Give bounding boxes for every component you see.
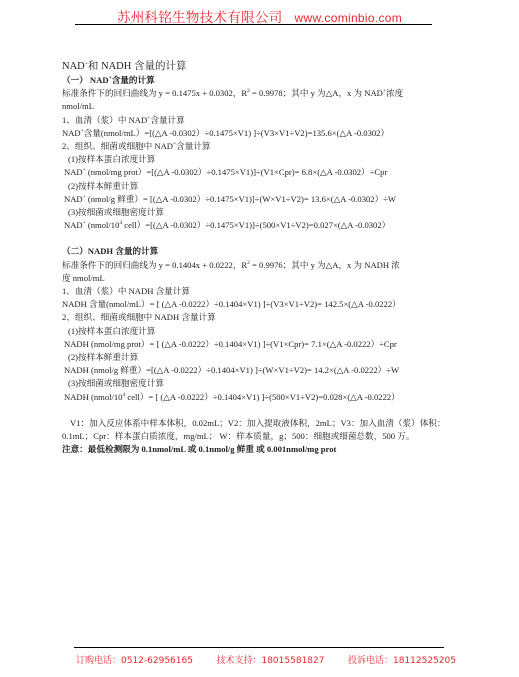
- section1-serum-heading: 1、血清（浆）中 NAD+含量计算: [62, 114, 462, 127]
- section2-by-protein-formula: NADH (nmol/mg prot）= [ (△A -0.0222）÷0.14…: [62, 338, 462, 351]
- variables-paragraph: V1：加入反应体系中样本体积，0.02mL；V2：加入提取液体积，2mL；V3：…: [62, 417, 462, 443]
- footer-divider: [74, 647, 444, 648]
- section1-curve-line1: 标准条件下的回归曲线为 y = 0.1475x + 0.0302，R2 = 0.…: [62, 87, 462, 100]
- section2-curve-line2: 度 nmol/mL: [62, 272, 462, 285]
- section1-by-cell-formula: NAD+ (nmol/104 cell）=[(△A -0.0302）÷0.147…: [62, 219, 462, 232]
- section2-heading: （二）NADH 含量的计算: [62, 245, 462, 258]
- page-footer: 订购电话：0512-62956165 技术支持：18015581827 投诉电话…: [76, 653, 456, 666]
- document-title: NAD+和 NADH 含量的计算: [62, 60, 462, 74]
- document-body: NAD+和 NADH 含量的计算 （一） NAD+含量的计算 标准条件下的回归曲…: [62, 60, 462, 456]
- section2-serum-heading: 1、血清（浆）中 NADH 含量计算: [62, 285, 462, 298]
- section2-by-cell-label: (3)按细菌或细胞密度计算: [62, 377, 462, 390]
- detection-limit-note: 注意：最低检测限为 0.1nmol/mL 或 0.1nmol/g 鲜重 或 0.…: [62, 443, 462, 456]
- tech-support-phone: 技术支持：18015581827: [216, 653, 324, 666]
- complaint-phone: 投诉电话：18112525205: [348, 653, 456, 666]
- spacer: [62, 404, 462, 417]
- section2-by-cell-formula: NADH (nmol/104 cell）= [ (△A -0.0222）÷0.1…: [62, 391, 462, 404]
- section1-heading: （一） NAD+含量的计算: [62, 74, 462, 87]
- section1-by-weight-formula: NAD+ (nmol/g 鲜重）= [(△A -0.0302）÷0.1475×V…: [62, 193, 462, 206]
- section2-by-protein-label: (1)按样本蛋白浓度计算: [62, 325, 462, 338]
- header-divider: [75, 24, 432, 25]
- section2-tissue-heading: 2、组织、细菌或细胞中 NADH 含量计算: [62, 311, 462, 324]
- section2-serum-formula: NADH 含量(nmol/mL）= [ (△A -0.0222）÷0.1404×…: [62, 298, 462, 311]
- section2-by-weight-label: (2)按样本鲜重计算: [62, 351, 462, 364]
- order-phone: 订购电话：0512-62956165: [76, 653, 193, 666]
- section1-curve-line2: nmol/mL: [62, 100, 462, 113]
- section1-tissue-heading: 2、组织、细菌或细胞中 NAD+含量计算: [62, 140, 462, 153]
- section2-by-weight-formula: NADH (nmol/g 鲜重）=[(△A -0.0222）÷0.1404×V1…: [62, 364, 462, 377]
- section1-by-weight-label: (2)按样本鲜重计算: [62, 180, 462, 193]
- section1-by-cell-label: (3)按细菌或细胞密度计算: [62, 206, 462, 219]
- company-url[interactable]: www.cominbio.com: [295, 11, 403, 25]
- page-header: 苏州科铭生物技术有限公司www.cominbio.com: [0, 6, 519, 26]
- spacer: [62, 232, 462, 245]
- section2-curve-line1: 标准条件下的回归曲线为 y = 0.1404x + 0.0222，R2 = 0.…: [62, 259, 462, 272]
- section1-by-protein-formula: NAD+ (nmol/mg prot）=[(△A -0.0302）÷0.1475…: [62, 166, 462, 179]
- section1-serum-formula: NAD+含量(nmol/mL）=[(△A -0.0302）÷0.1475×V1)…: [62, 127, 462, 140]
- section1-by-protein-label: (1)按样本蛋白浓度计算: [62, 153, 462, 166]
